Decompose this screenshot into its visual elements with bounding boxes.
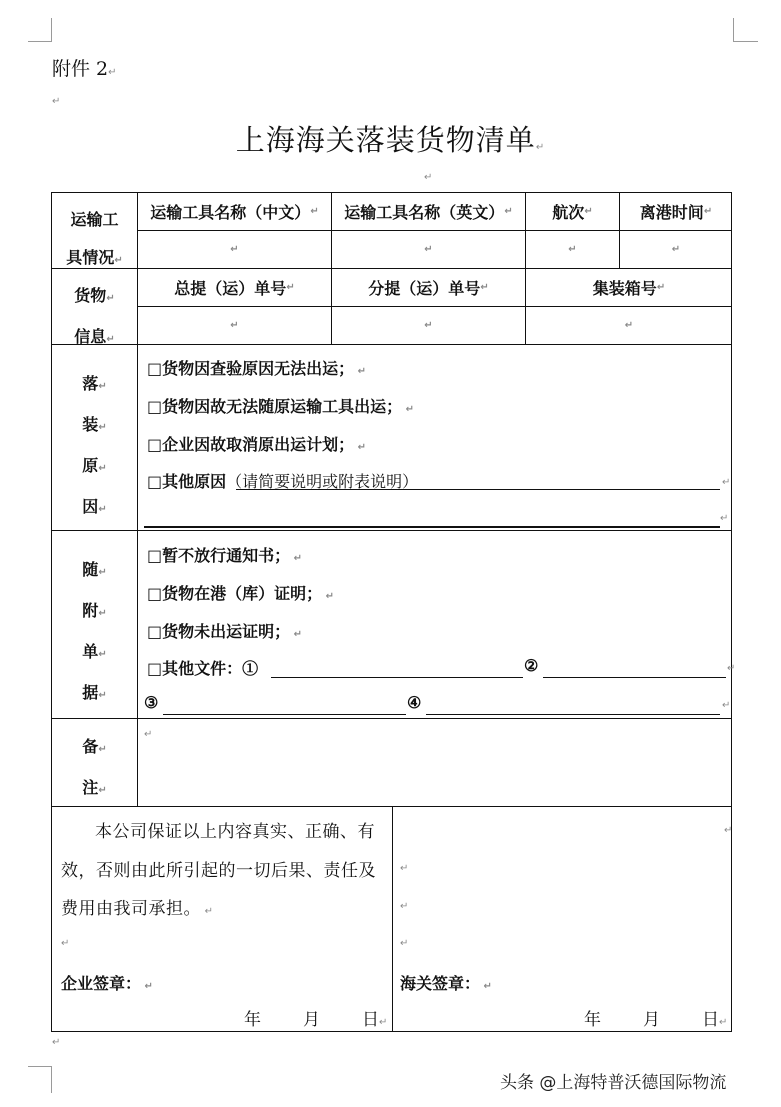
transport-section-label: 运输工 具情况↵ — [52, 201, 137, 280]
cargo-section-label: 货物↵ 信息↵ — [52, 277, 137, 359]
documents-section-label: 随↵ 附↵ 单↵ 据↵ — [52, 551, 137, 715]
blank-marker-4: ④ — [407, 693, 421, 712]
reasons-section-label: 落↵ 装↵ 原↵ 因↵ — [52, 365, 137, 529]
header-vessel-name-cn: 运输工具名称（中文）↵ — [138, 193, 331, 230]
doc-option-hold-notice[interactable]: □暂不放行通知书； ↵ — [147, 543, 302, 566]
reason-option-cannot-ship-original[interactable]: □货物因故无法随原运输工具出运； ↵ — [147, 394, 414, 417]
other-doc-blank-3[interactable] — [163, 714, 406, 715]
house-bill-field[interactable]: ↵ — [332, 307, 525, 344]
header-house-bill: 分提（运）单号↵ — [332, 269, 525, 306]
header-vessel-name-en: 运输工具名称（英文）↵ — [332, 193, 525, 230]
paragraph-mark: ↵ — [424, 172, 432, 183]
cargo-list-form-table: 运输工 具情况↵ 运输工具名称（中文）↵ 运输工具名称（英文）↵ 航次↵ 离港时… — [51, 192, 732, 1032]
vessel-name-en-field[interactable]: ↵ — [332, 231, 525, 268]
watermark: 头条 @上海特普沃德国际物流 — [500, 1068, 726, 1093]
remarks-section-label: 备↵ 注↵ — [52, 728, 137, 810]
master-bill-field[interactable]: ↵ — [138, 307, 331, 344]
header-departure-time: 离港时间↵ — [620, 193, 732, 230]
departure-time-field[interactable]: ↵ — [620, 231, 732, 268]
doc-option-other[interactable]: □其他文件：① — [147, 656, 258, 679]
header-voyage: 航次↵ — [526, 193, 619, 230]
paragraph-mark: ↵ — [52, 1037, 60, 1048]
other-doc-blank-2[interactable] — [543, 677, 726, 678]
crop-mark-top-right — [733, 18, 758, 42]
remarks-field[interactable]: ↵ — [138, 719, 732, 806]
header-master-bill: 总提（运）单号↵ — [138, 269, 331, 306]
company-seal-label: 企业签章： ↵ — [61, 971, 153, 994]
other-doc-blank-1[interactable] — [271, 677, 523, 678]
other-reason-line-1[interactable] — [236, 489, 720, 490]
doc-option-in-port-certificate[interactable]: □货物在港（库）证明； ↵ — [147, 581, 334, 604]
blank-marker-2: ② — [524, 656, 538, 675]
voyage-field[interactable]: ↵ — [526, 231, 619, 268]
reason-option-cancelled-plan[interactable]: □企业因故取消原出运计划； ↵ — [147, 432, 366, 455]
blank-marker-3: ③ — [144, 693, 158, 712]
pledge-statement: 本公司保证以上内容真实、正确、有效，否则由此所引起的一切后果、责任及费用由我司承… — [61, 813, 391, 932]
paragraph-mark: ↵ — [52, 96, 60, 107]
attachment-label: 附件 2↵ — [52, 54, 117, 81]
customs-seal-label: 海关签章： ↵ — [400, 971, 492, 994]
crop-mark-bottom-left — [28, 1066, 52, 1093]
reason-option-inspection[interactable]: □货物因查验原因无法出运； ↵ — [147, 356, 366, 379]
header-container-no: 集装箱号↵ — [526, 269, 732, 306]
other-doc-blank-4[interactable] — [426, 714, 720, 715]
crop-mark-top-left — [28, 18, 52, 42]
company-date[interactable]: 年月日↵ — [244, 1005, 387, 1030]
customs-date[interactable]: 年月日↵ — [584, 1005, 727, 1030]
vessel-name-cn-field[interactable]: ↵ — [138, 231, 331, 268]
other-reason-line-2[interactable] — [144, 526, 720, 528]
container-no-field[interactable]: ↵ — [526, 307, 732, 344]
doc-option-not-shipped-certificate[interactable]: □货物未出运证明； ↵ — [147, 619, 302, 642]
page-title: 上海海关落装货物清单↵ — [0, 118, 781, 159]
